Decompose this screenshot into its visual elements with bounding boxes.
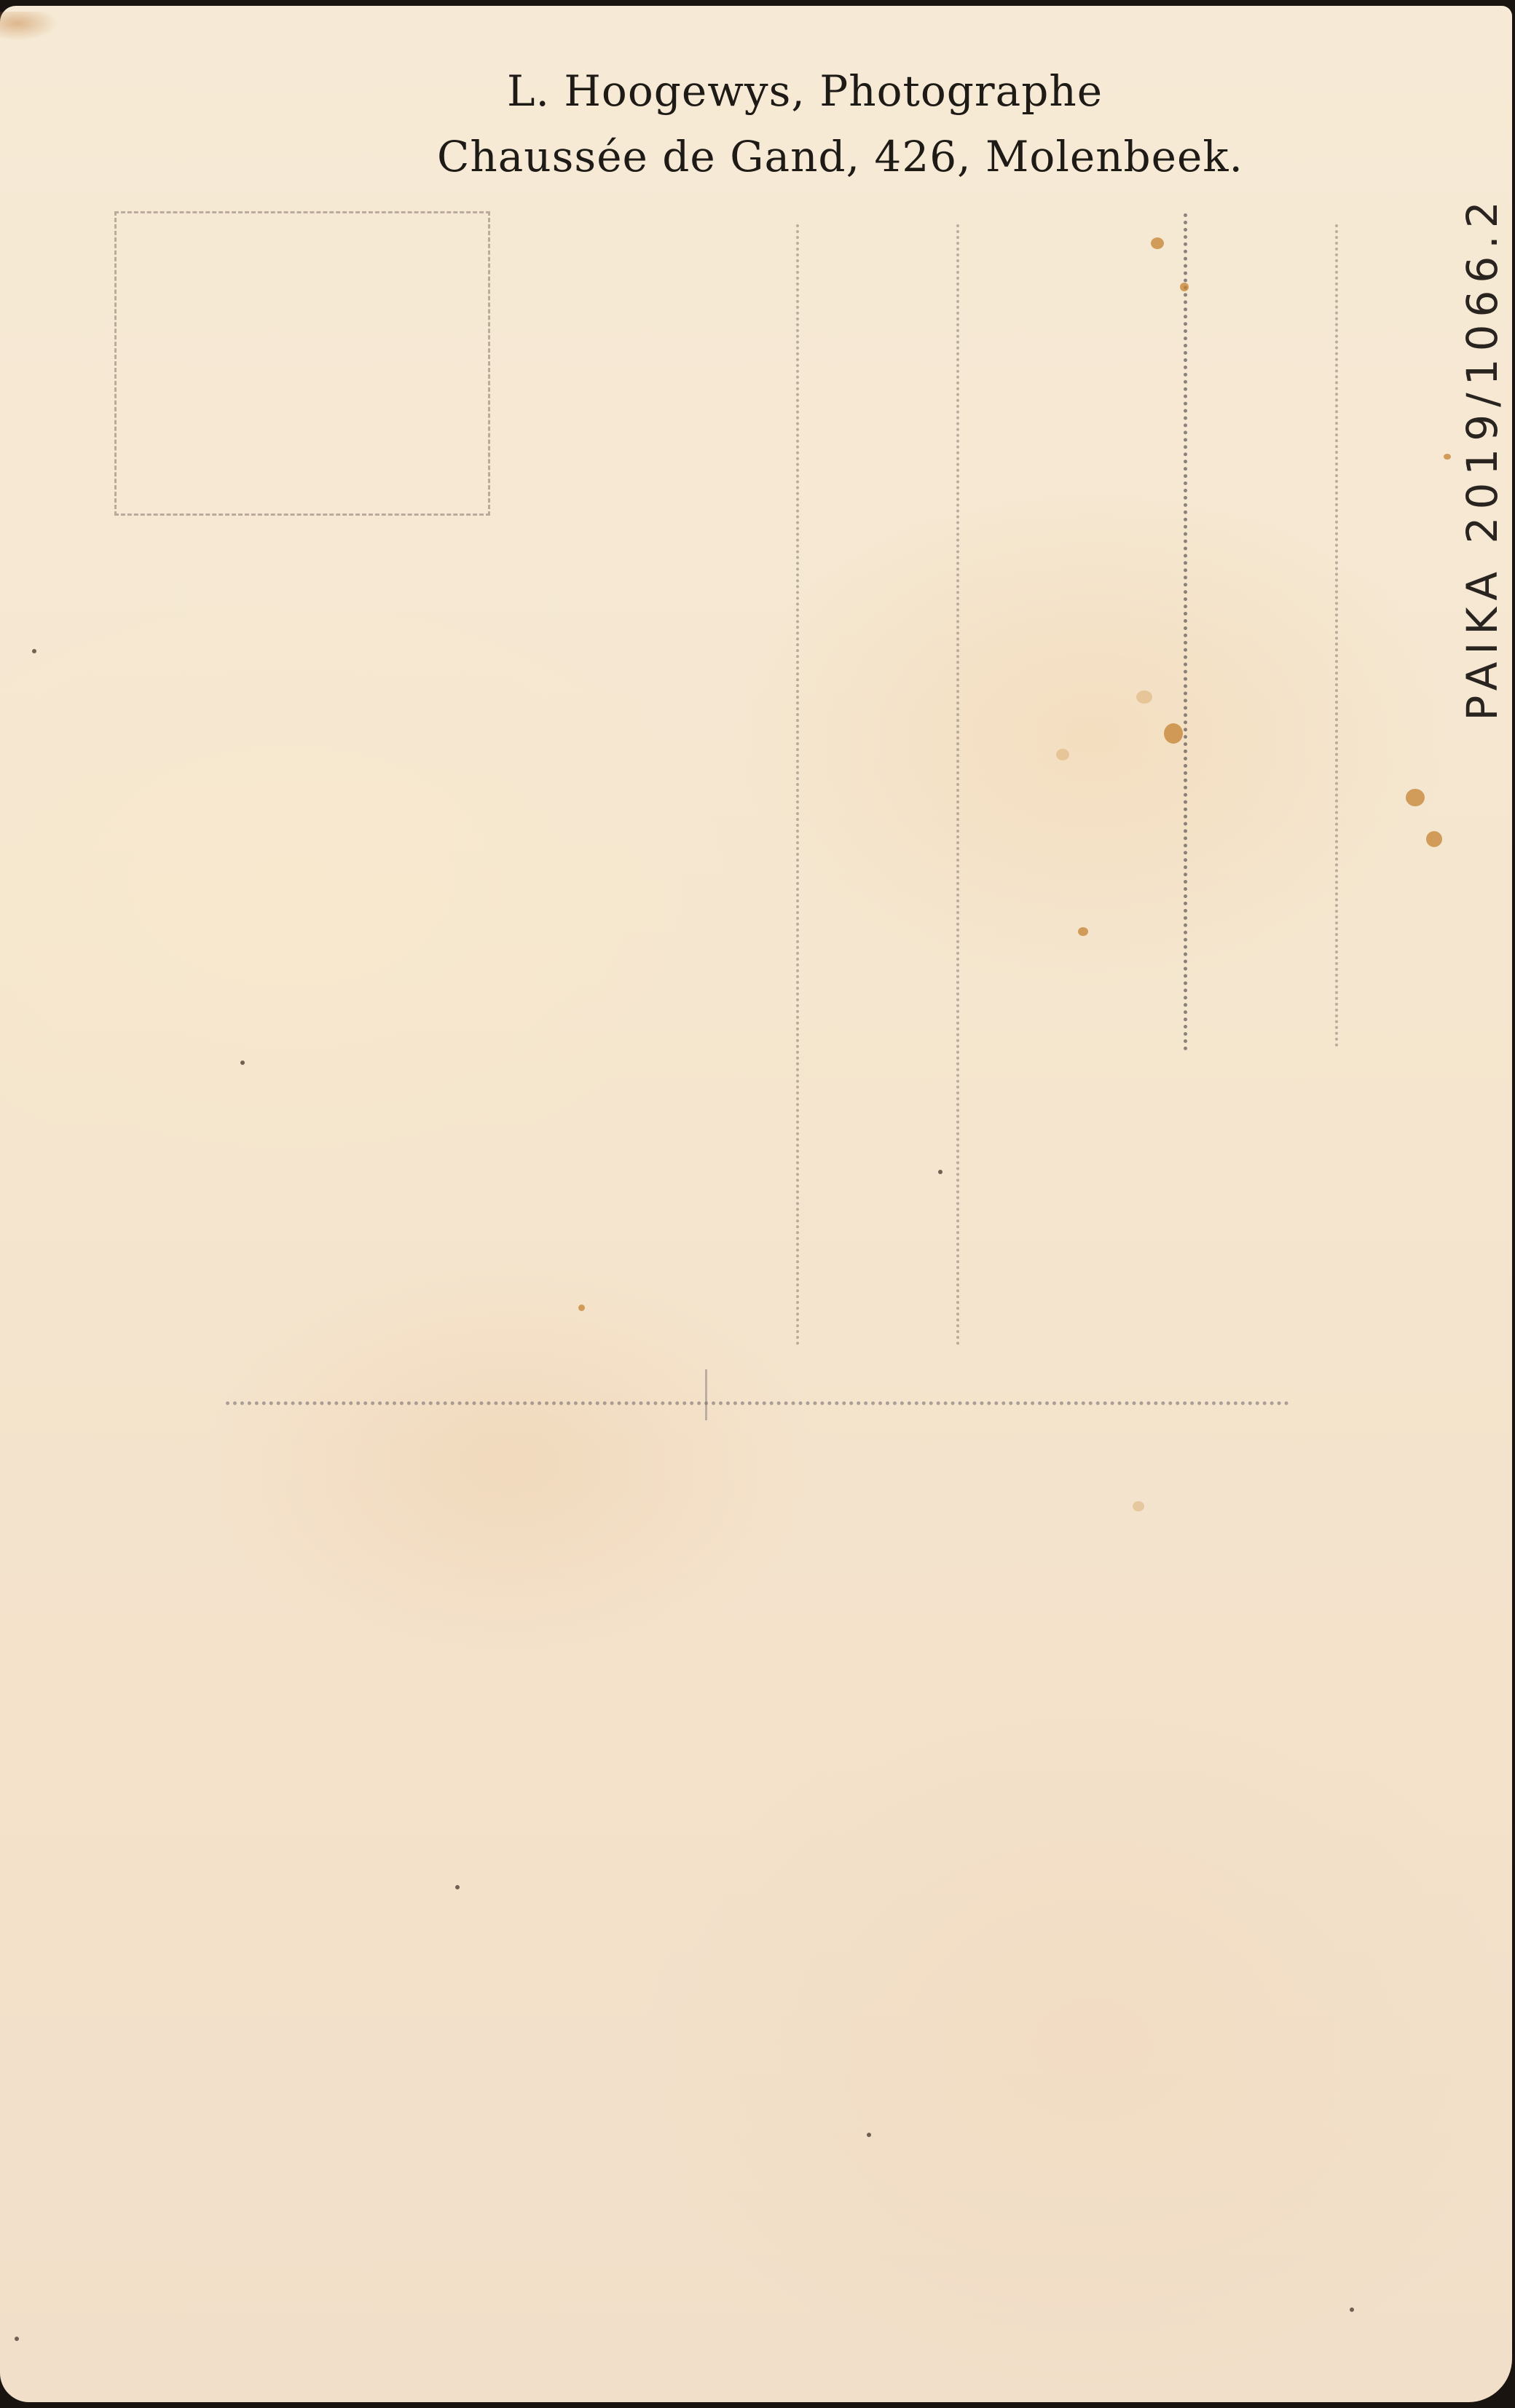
inventory-number: PAIKA 2019/1066.2 — [1457, 194, 1507, 720]
photographer-name: L. Hoogewys, Photographe — [422, 70, 1187, 112]
speck — [240, 1061, 245, 1065]
foxing-spot — [1444, 454, 1451, 460]
horizontal-divider — [226, 1401, 1289, 1405]
foxing-spot — [1136, 690, 1152, 704]
foxing-spot — [1056, 749, 1069, 760]
speck — [938, 1170, 943, 1174]
foxing-spot — [1151, 237, 1164, 249]
photographer-address: Chaussée de Gand, 426, Molenbeek. — [437, 135, 1311, 178]
foxing-spot — [1133, 1501, 1144, 1511]
foxing-spot — [1078, 927, 1088, 936]
divider-line-2 — [956, 224, 959, 1346]
divider-tick — [705, 1369, 707, 1420]
speck — [15, 2337, 19, 2341]
address-line-1 — [1184, 213, 1187, 1051]
speck — [867, 2133, 871, 2137]
postcard-back: L. Hoogewys, Photographe Chaussée de Gan… — [0, 6, 1512, 2402]
speck — [1350, 2307, 1354, 2312]
foxing-spot — [578, 1305, 585, 1311]
foxing-spot — [1426, 831, 1442, 847]
foxing-spot — [1164, 723, 1183, 744]
foxing-spot — [1406, 789, 1425, 806]
address-line-2 — [1335, 224, 1338, 1047]
stamp-placement-box — [114, 211, 490, 516]
corner-stain — [0, 12, 58, 41]
divider-line-1 — [796, 224, 799, 1346]
speck — [32, 649, 36, 653]
foxing-spot — [1180, 283, 1189, 291]
speck — [455, 1885, 460, 1889]
